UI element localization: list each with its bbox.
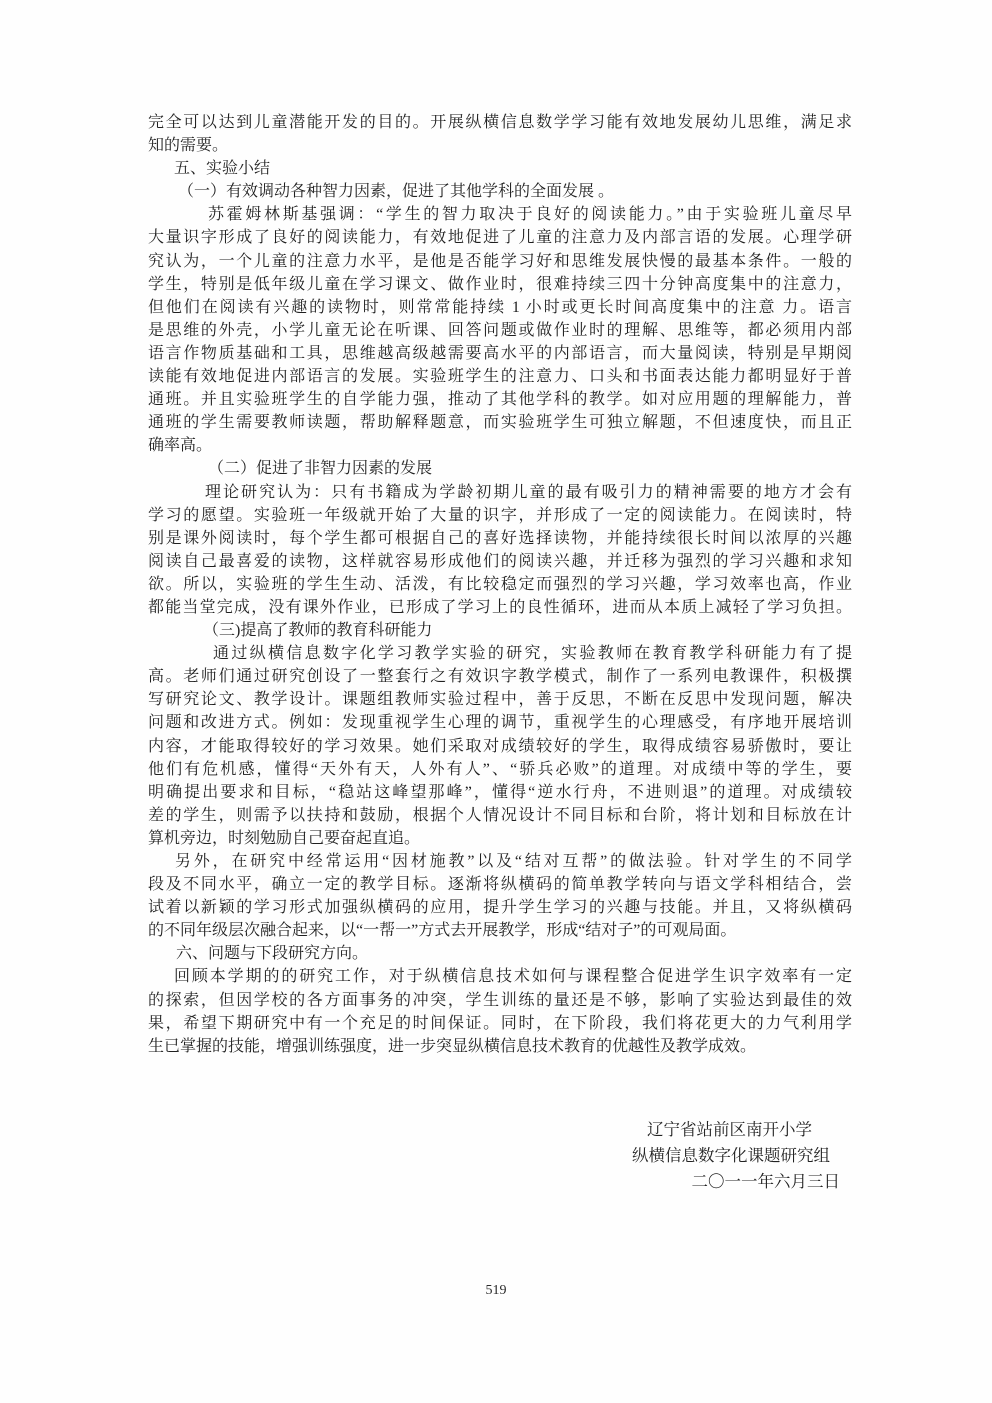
text-line: 是思维的外壳，小学儿童无论在听课、回答问题或做作业时的理解、思维等，都必须用内部 — [148, 319, 852, 342]
text-line: 通班。并且实验班学生的自学能力强，推动了其他学科的教学。如对应用题的理解能力，普 — [148, 388, 852, 411]
text-line: 通过纵横信息数字化学习教学实验的研究，实验教师在教育教学科研能力有了提 — [148, 642, 852, 665]
text-line: 段及不同水平，确立一定的教学目标。逐渐将纵横码的简单教学转向与语文学科相结合，尝 — [148, 873, 852, 896]
signature-line: 二〇一一年六月三日 — [0, 1169, 840, 1195]
text-line: 知的需要。 — [148, 134, 852, 157]
text-line: 读能有效地促进内部语言的发展。实验班学生的注意力、口头和书面表达能力都明显好于普 — [148, 365, 852, 388]
text-line: 问题和改进方式。例如：发现重视学生心理的调节，重视学生的心理感受，有序地开展培训 — [148, 711, 852, 734]
text-line: 大量识字形成了良好的阅读能力，有效地促进了儿童的注意力及内部言语的发展。心理学研 — [148, 226, 852, 249]
text-line: 内容，才能取得较好的学习效果。她们采取对成绩较好的学生，取得成绩容易骄傲时，要让 — [148, 735, 852, 758]
signature-line: 辽宁省站前区南开小学 — [0, 1117, 812, 1143]
text-line: 果，希望下期研究中有一个充足的时间保证。同时，在下阶段，我们将花更大的力气利用学 — [148, 1012, 852, 1035]
text-line: 算机旁边，时刻勉励自己要奋起直追。 — [148, 827, 852, 850]
text-line: 的探索，但因学校的各方面事务的冲突，学生训练的量还是不够，影响了实验达到最佳的效 — [148, 989, 852, 1012]
text-line: 差的学生，则需予以扶持和鼓励，根据个人情况设计不同目标和台阶，将计划和目标放在计 — [148, 804, 852, 827]
text-line: 高。老师们通过研究创设了一整套行之有效识字教学模式，制作了一系列电教课件，积极撰 — [148, 665, 852, 688]
text-line: 明确提出要求和目标，“稳站这峰望那峰”，懂得“逆水行舟，不进则退”的道理。对成绩… — [148, 781, 852, 804]
text-line: 的不同年级层次融合起来，以“一帮一”方式去开展教学，形成“结对子”的可观局面。 — [148, 919, 852, 942]
text-line: 试着以新颖的学习形式加强纵横码的应用，提升学生学习的兴趣与技能。并且，又将纵横码 — [148, 896, 852, 919]
text-line: 都能当堂完成，没有课外作业，已形成了学习上的良性循环，进而从本质上减轻了学习负担… — [148, 596, 852, 619]
text-line: 六、问题与下段研究方向。 — [148, 942, 852, 965]
text-line: 通班的学生需要教师读题，帮助解释题意，而实验班学生可独立解题，不但速度快，而且正 — [148, 411, 852, 434]
text-line: 他们有危机感，懂得“天外有天，人外有人”、“骄兵必败”的道理。对成绩中等的学生，… — [148, 758, 852, 781]
text-line: 阅读自己最喜爱的读物，这样就容易形成他们的阅读兴趣，并迁移为强烈的学习兴趣和求知 — [148, 550, 852, 573]
text-line: 学习的愿望。实验班一年级就开始了大量的识字，并形成了一定的阅读能力。在阅读时，特 — [148, 504, 852, 527]
document-page: 完全可以达到儿童潜能开发的目的。开展纵横信息数学学习能有效地发展幼儿思维，满足求… — [0, 0, 992, 1403]
text-line: 究认为，一个儿童的注意力水平，是他是否能学习好和思维发展快慢的最基本条件。一般的 — [148, 250, 852, 273]
signature-line: 纵横信息数字化课题研究组 — [0, 1143, 830, 1169]
text-line: 理论研究认为：只有书籍成为学龄初期儿童的最有吸引力的精神需要的地方才会有 — [148, 481, 852, 504]
text-line: 确率高。 — [148, 434, 852, 457]
text-line: 欲。所以，实验班的学生生动、活泼，有比较稳定而强烈的学习兴趣，学习效率也高，作业 — [148, 573, 852, 596]
text-line: 完全可以达到儿童潜能开发的目的。开展纵横信息数学学习能有效地发展幼儿思维，满足求 — [148, 111, 852, 134]
text-line: 苏霍姆林斯基强调：“学生的智力取决于良好的阅读能力。”由于实验班儿童尽早 — [148, 203, 852, 226]
document-body: 完全可以达到儿童潜能开发的目的。开展纵横信息数学学习能有效地发展幼儿思维，满足求… — [148, 111, 852, 1058]
text-line: 生已掌握的技能，增强训练强度，进一步突显纵横信息技术教育的优越性及教学成效。 — [148, 1035, 852, 1058]
text-line: 学生，特别是低年级儿童在学习课文、做作业时，很难持续三四十分钟高度集中的注意力， — [148, 273, 852, 296]
text-line: （三)提高了教师的教育科研能力 — [148, 619, 852, 642]
text-line: （一）有效调动各种智力因素，促进了其他学科的全面发展 。 — [148, 180, 852, 203]
signature-block: 辽宁省站前区南开小学纵横信息数字化课题研究组二〇一一年六月三日 — [0, 1117, 992, 1195]
text-line: 五、实验小结 — [148, 157, 852, 180]
text-line: （二）促进了非智力因素的发展 — [148, 457, 852, 480]
text-line: 但他们在阅读有兴趣的读物时，则常常能持续 1 小时或更长时间高度集中的注意 力。… — [148, 296, 852, 319]
text-line: 别是课外阅读时，每个学生都可根据自己的喜好选择读物，并能持续很长时间以浓厚的兴趣 — [148, 527, 852, 550]
text-line: 回顾本学期的的研究工作，对于纵横信息技术如何与课程整合促进学生识字效率有一定 — [148, 965, 852, 988]
page-number: 519 — [0, 1283, 992, 1299]
text-line: 写研究论文、教学设计。课题组教师实验过程中，善于反思，不断在反思中发现问题，解决 — [148, 688, 852, 711]
text-line: 另外，在研究中经常运用“因材施教”以及“结对互帮”的做法验。针对学生的不同学 — [148, 850, 852, 873]
text-line: 语言作物质基础和工具，思维越高级越需要高水平的内部语言，而大量阅读，特别是早期阅 — [148, 342, 852, 365]
